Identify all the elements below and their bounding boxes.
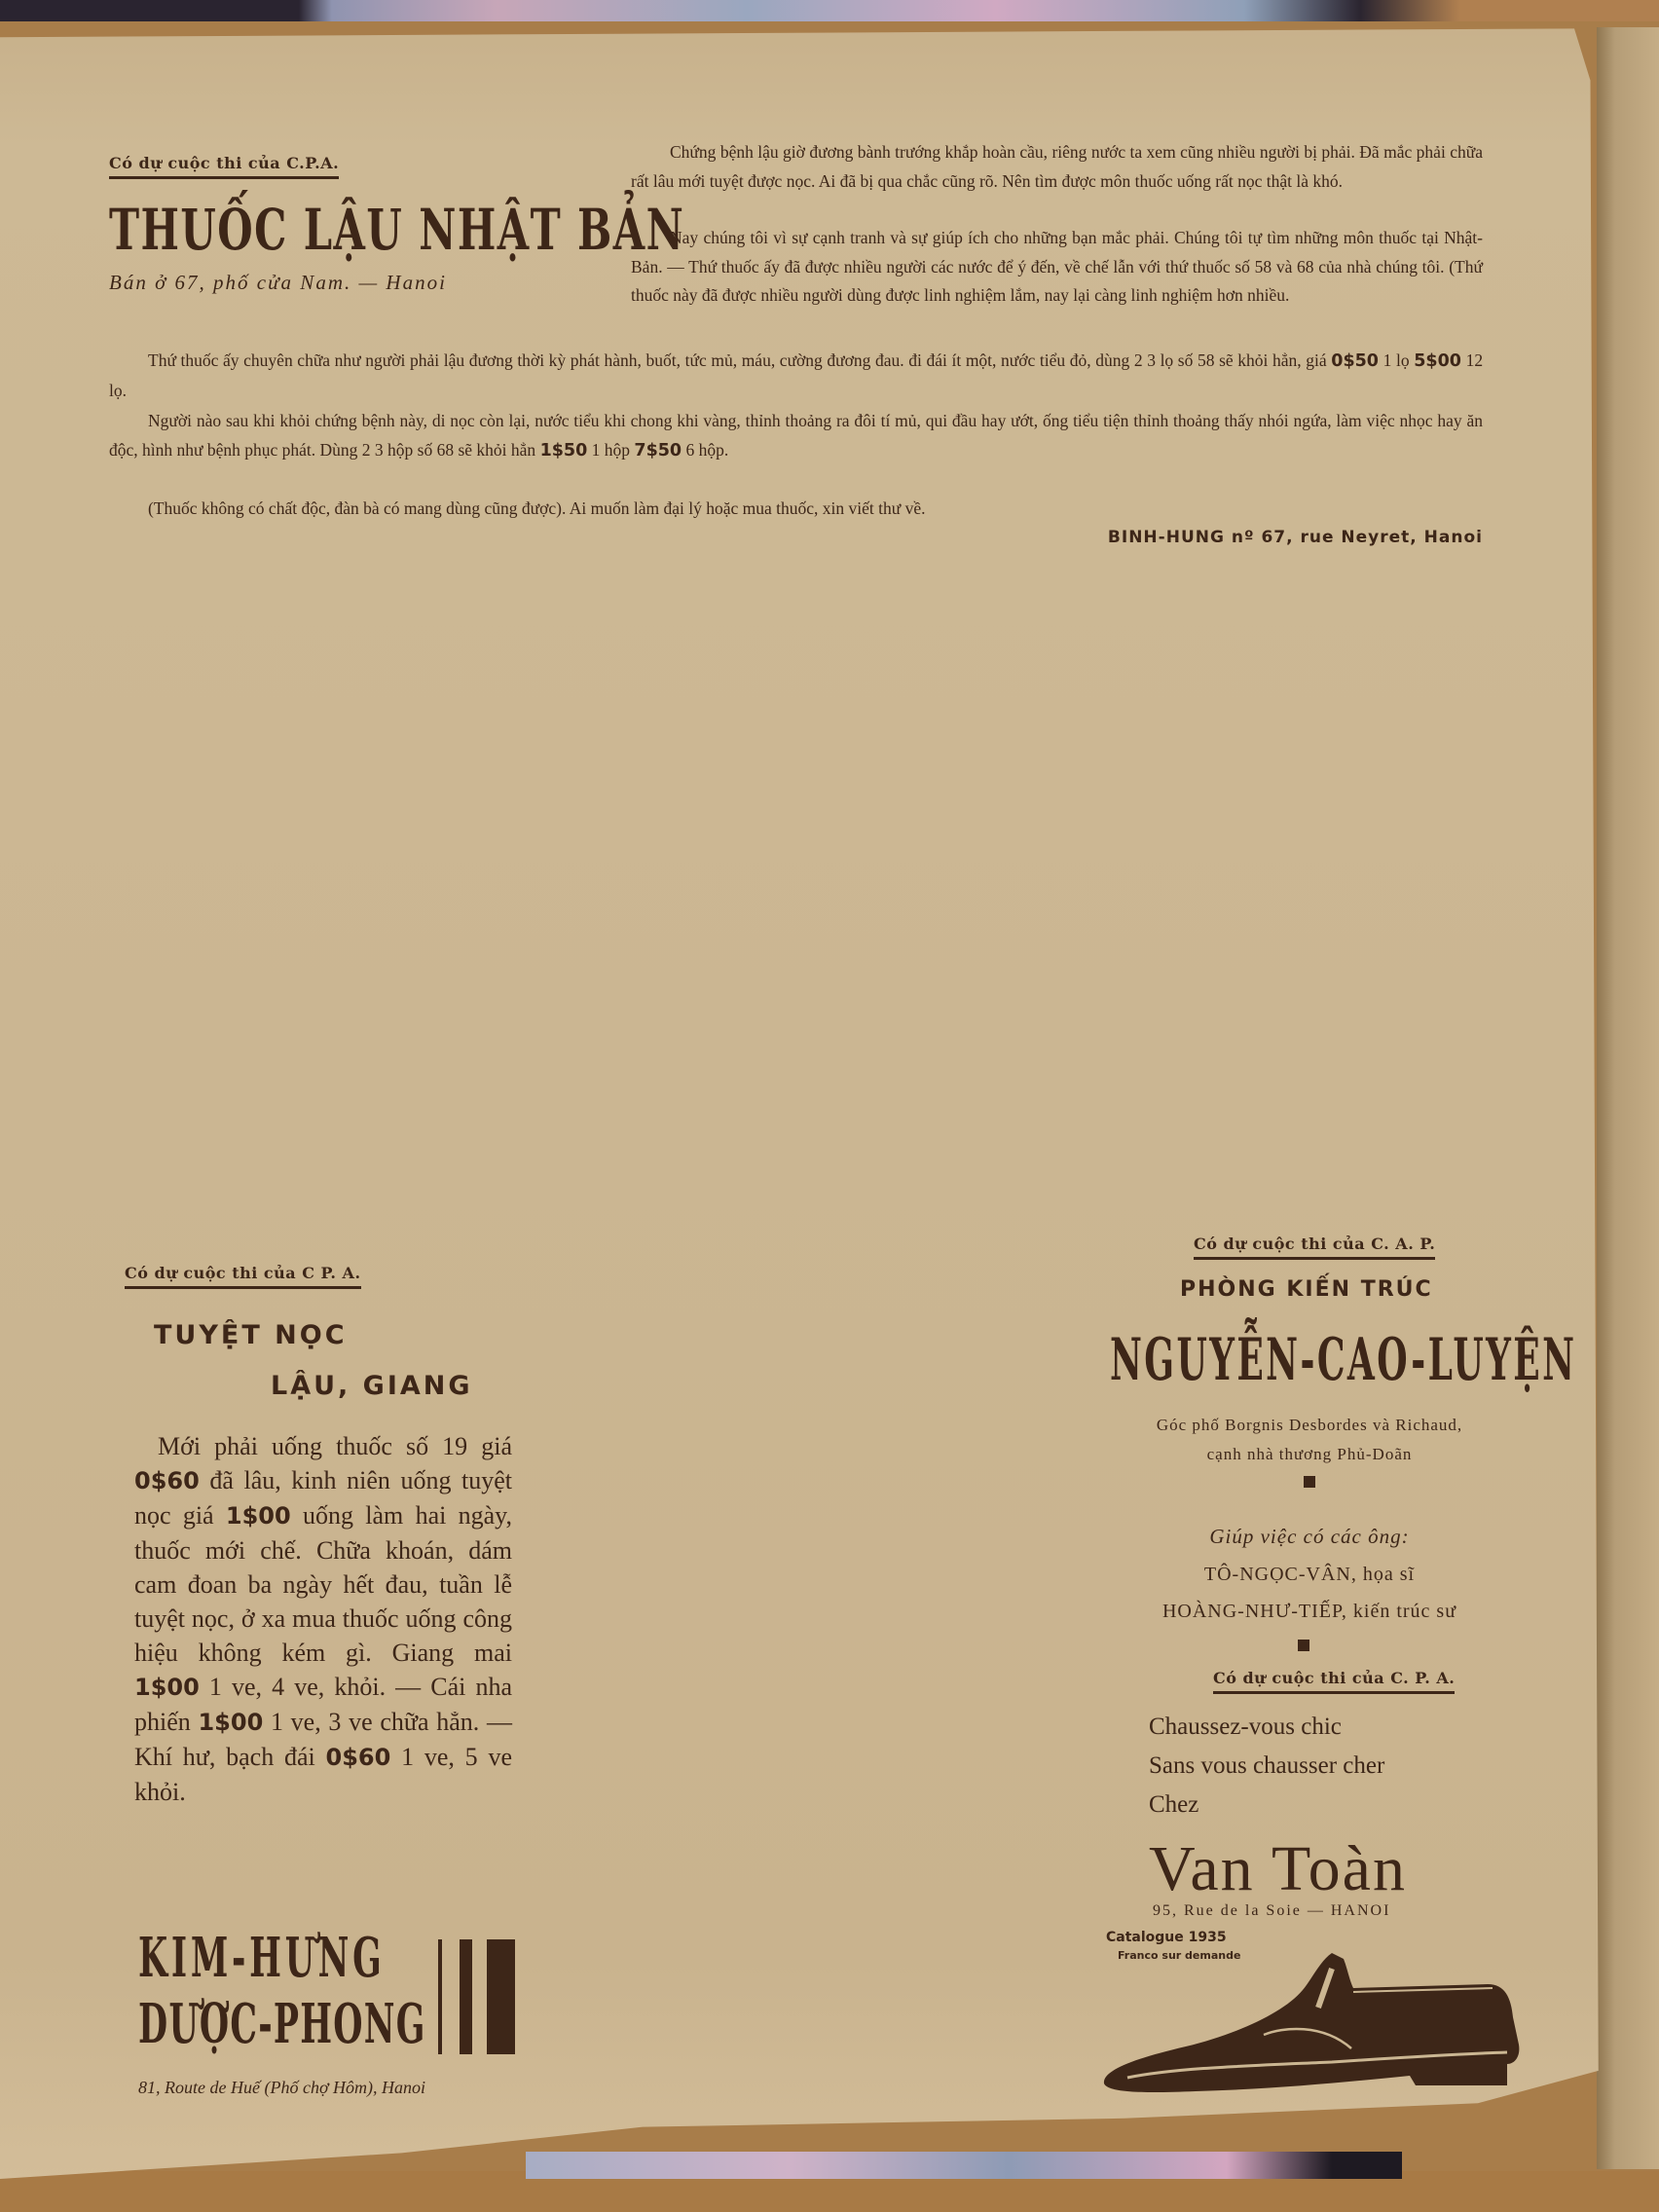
paragraph-3: Thứ thuốc ấy chuyên chữa như người phải … xyxy=(109,347,1483,405)
ad-title-line-2: LẬU, GIANG xyxy=(271,1371,473,1401)
price: 0$60 xyxy=(134,1467,200,1494)
paragraph-2-top: Nay chúng tôi vì sự cạnh tranh và sự giú… xyxy=(631,224,1483,311)
newspaper-page: Có dự cuộc thi của C.P.A. THUỐC LẬU NHẬT… xyxy=(0,16,1606,2179)
brand-line-2: DƯỢC-PHONG xyxy=(138,1992,426,2056)
shoe-illustration xyxy=(1098,1939,1527,2095)
paragraph-4: Người nào sau khi khỏi chứng bệnh này, d… xyxy=(109,407,1483,465)
decorative-bar-medium xyxy=(460,1939,472,2054)
contest-label: Có dự cuộc thi của C. A. P. xyxy=(1194,1235,1435,1260)
decorative-bar-thick xyxy=(487,1939,515,2054)
next-page-edge xyxy=(1597,27,1659,2169)
brand-line-1: KIM-HƯNG xyxy=(138,1926,385,1990)
price: 0$50 xyxy=(1331,351,1379,371)
body-text: Mới phải uống thuốc số 19 giá xyxy=(158,1432,512,1460)
decorative-bar-thin xyxy=(438,1939,442,2054)
ad-body: Mới phải uống thuốc số 19 giá 0$60 đã lâ… xyxy=(134,1429,512,1809)
book-cover-edge-top xyxy=(0,0,1659,21)
price: 0$60 xyxy=(326,1744,391,1771)
ad-title: THUỐC LẬU NHẬT BẢN xyxy=(109,197,684,263)
contest-label: Có dự cuộc thi của C.P.A. xyxy=(109,154,339,179)
ad-address: 81, Route de Huế (Phố chợ Hôm), Hanoi xyxy=(138,2078,425,2098)
architect-name: NGUYỄN-CAO-LUYỆN xyxy=(1110,1326,1576,1394)
price: 1$00 xyxy=(226,1502,291,1530)
address-line-1: Góc phố Borgnis Desbordes và Richaud, xyxy=(1090,1416,1529,1435)
price: 7$50 xyxy=(634,441,682,461)
square-bullet xyxy=(1298,1640,1309,1651)
book-cover-edge-bottom xyxy=(526,2152,1402,2179)
slogan-line-1: Chaussez-vous chic xyxy=(1149,1714,1342,1741)
paragraph-1: Chứng bệnh lậu giờ đương bành trướng khắ… xyxy=(631,138,1483,196)
price: 1$00 xyxy=(198,1709,263,1736)
helper-2: HOÀNG-NHƯ-TIẾP, kiến trúc sư xyxy=(1090,1601,1529,1623)
slogan-line-2: Sans vous chausser cher xyxy=(1149,1752,1384,1780)
price: 1$50 xyxy=(540,441,588,461)
slogan-line-3: Chez xyxy=(1149,1791,1198,1819)
helpers-label: Giúp việc có các ông: xyxy=(1090,1525,1529,1549)
helper-1: TÔ-NGỌC-VÂN, họa sĩ xyxy=(1090,1564,1529,1586)
address-line-2: cạnh nhà thương Phủ-Doãn xyxy=(1090,1445,1529,1464)
square-bullet xyxy=(1304,1476,1315,1488)
brand-name: Van Toàn xyxy=(1149,1832,1407,1906)
price: 1$00 xyxy=(134,1674,200,1701)
ad-subtitle: Bán ở 67, phố cửa Nam. — Hanoi xyxy=(109,271,447,295)
ad-heading: PHÒNG KIẾN TRÚC xyxy=(1180,1277,1433,1302)
contest-label: Có dự cuộc thi của C. P. A. xyxy=(1213,1669,1455,1694)
ad-title-line-1: TUYỆT NỌC xyxy=(154,1320,348,1350)
contest-label: Có dự cuộc thi của C P. A. xyxy=(125,1264,361,1289)
price: 5$00 xyxy=(1414,351,1461,371)
shop-address: 95, Rue de la Soie — HANOI xyxy=(1153,1902,1390,1920)
paragraph-5: (Thuốc không có chất độc, đàn bà có mang… xyxy=(109,495,1483,524)
paragraph-2: Nay chúng tôi vì sự cạnh tranh và sự giú… xyxy=(631,228,1483,305)
ad-signature: BINH-HUNG nº 67, rue Neyret, Hanoi xyxy=(974,528,1483,547)
